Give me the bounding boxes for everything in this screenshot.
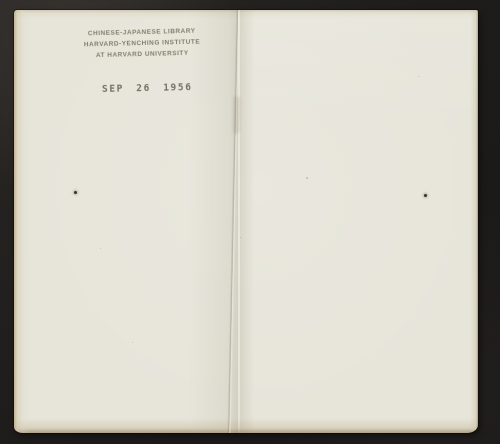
paper-speck: [240, 237, 241, 238]
paper-speck: [100, 248, 101, 249]
left-page: [14, 10, 238, 433]
binding-hole-left-page: [74, 191, 77, 194]
gutter-ink-smudge: [233, 96, 241, 134]
paper-speck: [132, 342, 133, 343]
paper-speck: [418, 76, 419, 77]
library-stamp-line-3: AT HARVARD UNIVERSITY: [77, 47, 207, 61]
accession-date-stamp: SEP 26 1956: [102, 82, 193, 95]
library-ownership-stamp: CHINESE-JAPANESE LIBRARY HARVARD-YENCHIN…: [77, 25, 208, 61]
right-page: [240, 10, 478, 433]
paper-speck: [306, 177, 308, 179]
book-page-spread: CHINESE-JAPANESE LIBRARY HARVARD-YENCHIN…: [14, 10, 478, 433]
center-fold-gutter: [227, 10, 240, 433]
binding-hole-right-page: [424, 194, 427, 197]
scan-background: CHINESE-JAPANESE LIBRARY HARVARD-YENCHIN…: [0, 0, 500, 444]
